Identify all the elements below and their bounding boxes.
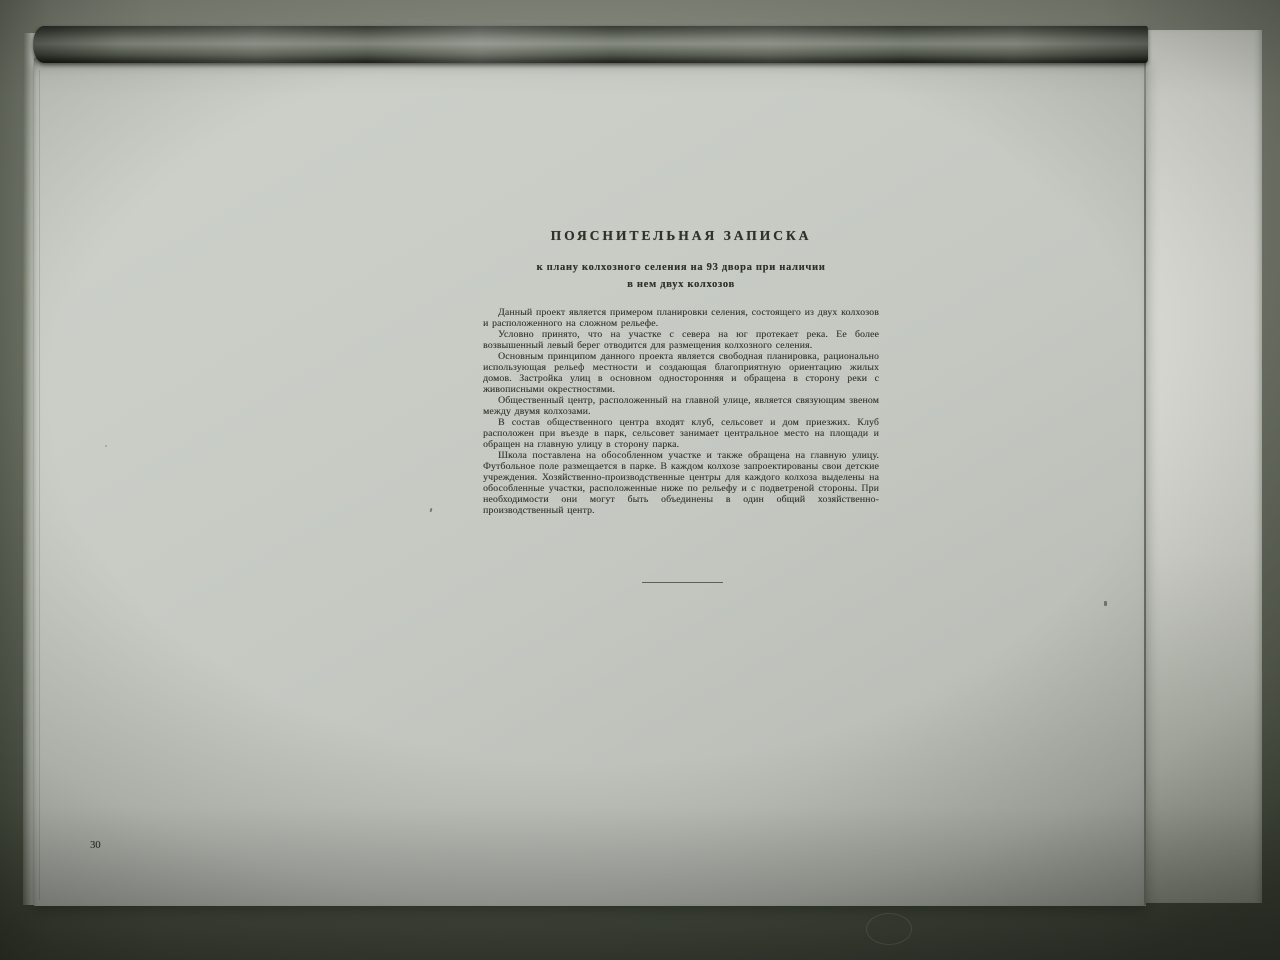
- photo-backdrop: ПОЯСНИТЕЛЬНАЯ ЗАПИСКА к плану колхозного…: [0, 0, 1280, 960]
- subtitle-line: к плану колхозного селения на 93 двора п…: [483, 259, 879, 276]
- subtitle-line: в нем двух колхозов: [483, 276, 879, 293]
- page-number: 30: [90, 840, 101, 851]
- body-paragraph: Основным принципом данного проекта являе…: [483, 351, 879, 395]
- dust-speck: [430, 508, 433, 512]
- body-paragraph: В состав общественного центра входят клу…: [483, 417, 879, 450]
- ring-stain: [866, 913, 912, 945]
- page-title: ПОЯСНИТЕЛЬНАЯ ЗАПИСКА: [483, 228, 879, 244]
- section-divider-rule: [642, 582, 723, 583]
- book-binding-top-edge: [33, 26, 1148, 63]
- body-paragraph: Данный проект является примером планиров…: [483, 307, 879, 329]
- page-fore-edge: [1144, 60, 1146, 905]
- body-paragraph: Условно принято, что на участке с севера…: [483, 329, 879, 351]
- page-subtitle: к плану колхозного селения на 93 двора п…: [483, 259, 879, 293]
- text-column: ПОЯСНИТЕЛЬНАЯ ЗАПИСКА к плану колхозного…: [483, 228, 879, 516]
- body-paragraph: Общественный центр, расположенный на гла…: [483, 395, 879, 417]
- body-text: Данный проект является примером планиров…: [483, 307, 879, 516]
- underlying-page-edge: [1146, 30, 1262, 903]
- page-crease: [39, 70, 40, 900]
- body-paragraph: Школа поставлена на обособленном участке…: [483, 450, 879, 516]
- dust-speck: [105, 445, 107, 447]
- scanned-page: ПОЯСНИТЕЛЬНАЯ ЗАПИСКА к плану колхозного…: [34, 58, 1146, 906]
- dust-speck: [1104, 601, 1107, 606]
